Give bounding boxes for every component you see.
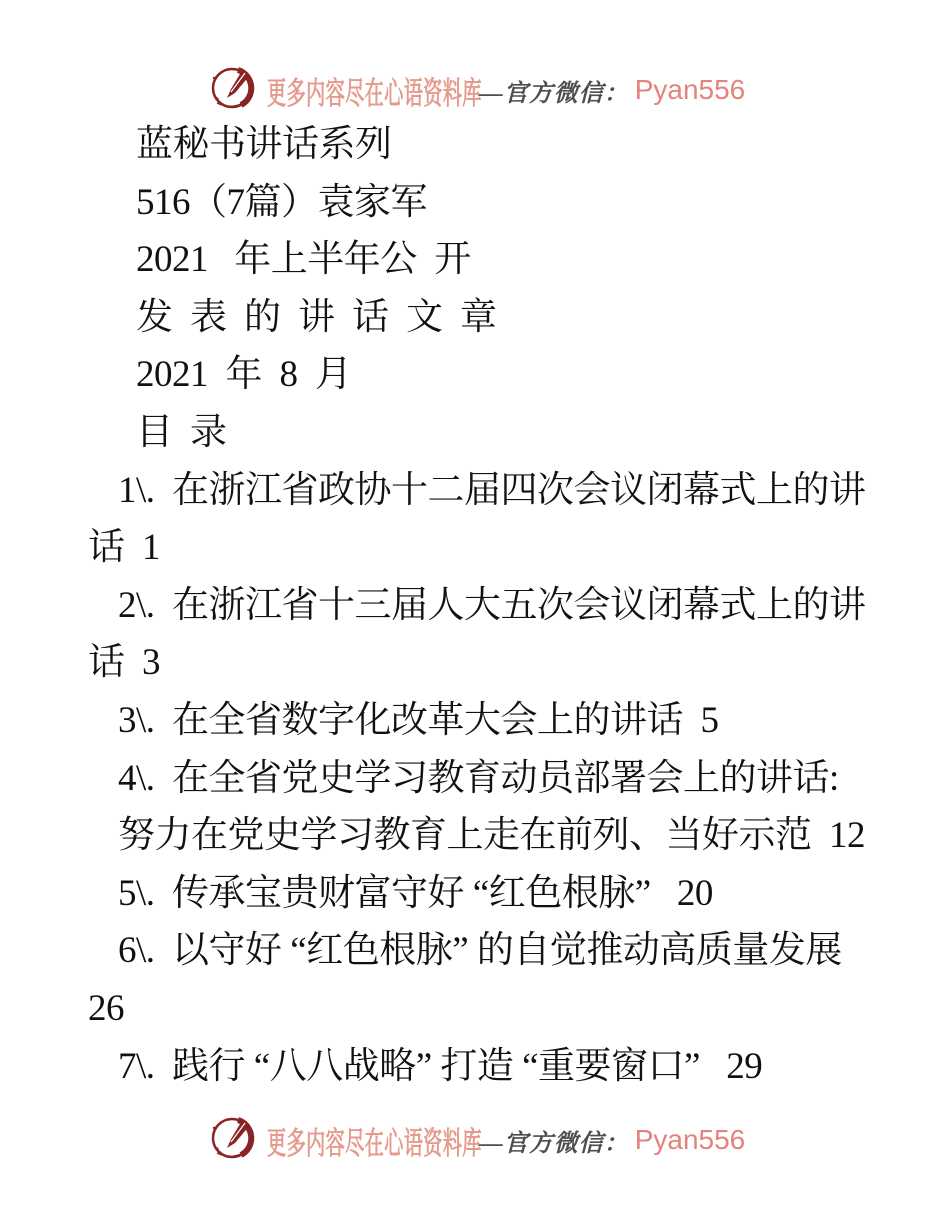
brand-text-wrap: 更多内容尽在心语资料库 [267,68,479,113]
doc-subtitle-author: 516（7篇）袁家军 [88,174,888,232]
wechat-label: —官方微信： [479,1123,629,1158]
doc-title-line-2: 发 表 的 讲 话 文 章 [88,289,888,347]
document-body: 蓝秘书讲话系列 516（7篇）袁家军 2021 年上半年公 开 发 表 的 讲 … [88,116,888,1095]
wechat-id: Pyan556 [635,1124,746,1156]
wechat-id: Pyan556 [635,74,746,106]
toc-entry-2-continuation: 话 3 [88,634,888,692]
doc-series-title: 蓝秘书讲话系列 [88,116,888,174]
toc-entry-6: 6\. 以守好 “红色根脉” 的自觉推动高质量发展 [88,922,888,980]
wechat-label: —官方微信： [479,73,629,108]
brand-text: 更多内容尽在心语资料库 [267,68,482,113]
header-watermark: 更多内容尽在心语资料库 —官方微信： Pyan556 [0,64,950,116]
toc-entry-4: 4\. 在全省党史学习教育动员部署会上的讲话: [88,750,888,808]
toc-entry-1: 1\. 在浙江省政协十二届四次会议闭幕式上的讲 [88,462,888,520]
doc-title-line-1: 2021 年上半年公 开 [88,231,888,289]
toc-entry-5: 5\. 传承宝贵财富守好 “红色根脉” 20 [88,865,888,923]
toc-heading: 目 录 [88,404,888,462]
document-page: 更多内容尽在心语资料库 —官方微信： Pyan556 蓝秘书讲话系列 516（7… [0,0,950,1230]
brand-text: 更多内容尽在心语资料库 [267,1118,482,1163]
toc-entry-2: 2\. 在浙江省十三届人大五次会议闭幕式上的讲 [88,577,888,635]
brand-text-wrap: 更多内容尽在心语资料库 [267,1118,479,1163]
toc-entry-6-continuation: 26 [88,980,888,1038]
toc-entry-3: 3\. 在全省数字化改革大会上的讲话 5 [88,692,888,750]
toc-entry-4-continuation: 努力在党史学习教育上走在前列、当好示范 12 [88,807,888,865]
doc-date-line: 2021 年 8 月 [88,346,888,404]
toc-entry-7: 7\. 践行 “八八战略” 打造 “重要窗口” 29 [88,1038,888,1096]
footer-watermark: 更多内容尽在心语资料库 —官方微信： Pyan556 [0,1114,950,1166]
toc-entry-1-continuation: 话 1 [88,519,888,577]
pen-circle-logo-icon [205,63,259,118]
pen-circle-logo-icon [205,1113,259,1168]
